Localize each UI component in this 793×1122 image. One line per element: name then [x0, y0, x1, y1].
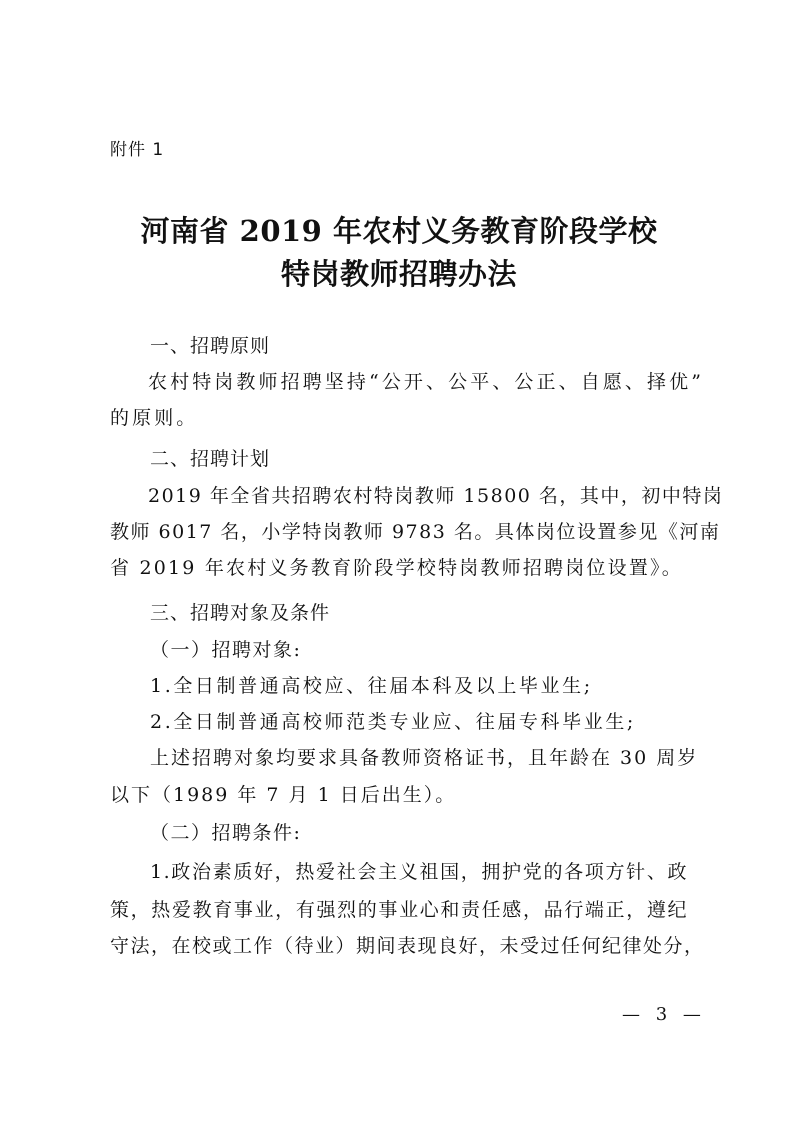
section-heading-targets-conditions: 三、招聘对象及条件 — [150, 601, 728, 625]
document-title-line-2: 特岗教师招聘办法 — [110, 257, 688, 291]
list-item: 2.全日制普通高校师范类专业应、往届专科毕业生; — [150, 710, 728, 734]
section-heading-plan: 二、招聘计划 — [150, 447, 728, 471]
paragraph-line: 的原则。 — [110, 406, 688, 430]
paragraph-line: 省 2019 年农村义务教育阶段学校特岗教师招聘岗位设置》。 — [110, 556, 688, 580]
paragraph-line: 教师 6017 名，小学特岗教师 9783 名。具体岗位设置参见《河南 — [110, 520, 688, 544]
paragraph-line: 以下（1989 年 7 月 1 日后出生）。 — [110, 783, 688, 807]
attachment-label: 附件 1 — [110, 138, 688, 162]
section-heading-principles: 一、招聘原则 — [150, 334, 728, 358]
paragraph-line: 1.政治素质好，热爱社会主义祖国，拥护党的各项方针、政 — [150, 860, 688, 884]
list-item: 1.全日制普通高校应、往届本科及以上毕业生; — [150, 674, 728, 698]
document-page: 附件 1 河南省 2019 年农村义务教育阶段学校 特岗教师招聘办法 一、招聘原… — [0, 0, 793, 1122]
paragraph-line: 上述招聘对象均要求具备教师资格证书，且年龄在 30 周岁 — [150, 746, 688, 770]
paragraph-line: 策，热爱教育事业，有强烈的事业心和责任感，品行端正，遵纪 — [110, 898, 688, 922]
subsection-heading-targets: （一）招聘对象: — [150, 638, 728, 662]
paragraph-line: 守法，在校或工作（待业）期间表现良好，未受过任何纪律处分， — [110, 934, 688, 958]
subsection-heading-conditions: （二）招聘条件: — [150, 821, 728, 845]
paragraph-line: 2019 年全省共招聘农村特岗教师 15800 名，其中，初中特岗 — [148, 484, 688, 508]
page-number: — 3 — — [622, 1003, 706, 1027]
paragraph-line: 农村特岗教师招聘坚持“公开、公平、公正、自愿、择优” — [148, 370, 688, 394]
document-title-line-1: 河南省 2019 年农村义务教育阶段学校 — [110, 214, 688, 248]
